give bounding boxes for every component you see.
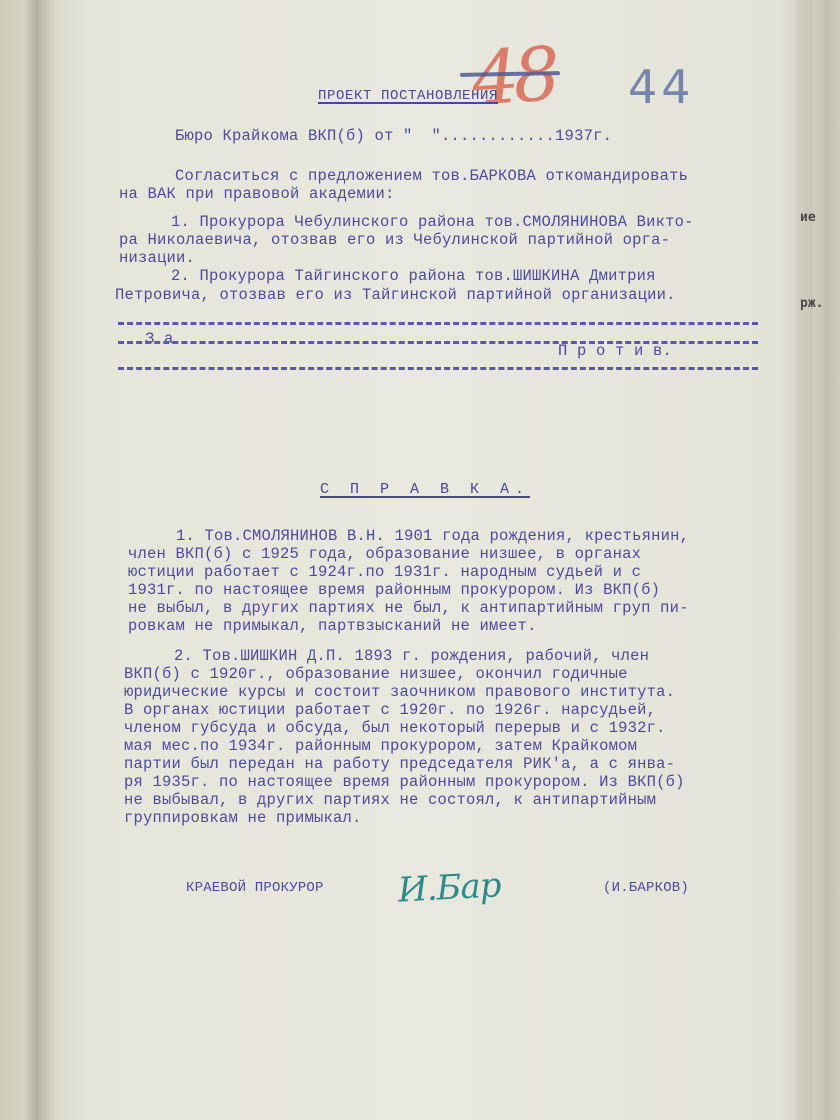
reference-line: 1. Тов.СМОЛЯНИНОВ В.Н. 1901 года рождени… — [176, 528, 689, 545]
stacked-page-edges: ие рж. — [796, 0, 840, 1120]
reference-line: 2. Тов.ШИШКИН Д.П. 1893 г. рождения, раб… — [174, 648, 649, 665]
reference-line: мая мес.по 1934г. районным прокурором, з… — [124, 738, 637, 755]
signoff-name: (И.БАРКОВ) — [603, 880, 689, 897]
reference-line: не выбыл, в других партиях не был, к ант… — [128, 600, 689, 617]
reference-line: не выбывал, в других партиях не состоял,… — [124, 792, 656, 809]
edge-fragment: рж. — [800, 296, 823, 311]
reference-line: членом губсуда и обсуда, был некоторый п… — [124, 720, 666, 737]
reference-line: 1931г. по настоящее время районным проку… — [128, 582, 660, 599]
handwritten-signature: И.Бар — [397, 865, 501, 910]
resolution-item-line: ра Николаевича, отозвав его из Чебулинск… — [119, 232, 670, 249]
resolution-item-line: 1. Прокурора Чебулинского района тов.СМО… — [171, 214, 694, 231]
reference-line: ровкам не примыкал, партвзысканий не име… — [128, 618, 537, 635]
resolution-item-line: Петровича, отозвав его из Тайгинской пар… — [115, 287, 676, 304]
reference-line: группировкам не примыкал. — [124, 810, 362, 827]
signoff-position: КРАЕВОЙ ПРОКУРОР — [186, 880, 324, 897]
vote-for-label: З а — [145, 331, 174, 348]
document-title: ПРОЕКТ ПОСТАНОВЛЕНИЯ — [318, 88, 498, 105]
red-archive-number: 48 — [469, 31, 557, 123]
adjacent-page-left — [0, 0, 40, 1120]
dashed-divider — [118, 322, 758, 325]
bureau-line: Бюро Крайкома ВКП(б) от " "............1… — [175, 128, 612, 145]
resolution-intro-line: на ВАК при правовой академии: — [119, 186, 395, 203]
dashed-divider — [118, 367, 758, 370]
resolution-item-line: 2. Прокурора Тайгинского района тов.ШИШК… — [171, 268, 656, 285]
edge-fragment: ие — [800, 210, 816, 225]
reference-line: ря 1935г. по настоящее время районным пр… — [124, 774, 685, 791]
dashed-divider — [118, 341, 758, 344]
reference-line: В органах юстиции работает с 1920г. по 1… — [124, 702, 656, 719]
reference-line: партии был передан на работу председател… — [124, 756, 675, 773]
pencil-page-number: 44 — [628, 60, 695, 114]
vote-against-label: П р о т и в. — [558, 343, 672, 360]
reference-title: С П Р А В К А. — [320, 481, 530, 498]
reference-line: ВКП(б) с 1920г., образование низшее, око… — [124, 666, 628, 683]
reference-line: член ВКП(б) с 1925 года, образование низ… — [128, 546, 641, 563]
reference-line: юридические курсы и состоит заочником пр… — [124, 684, 675, 701]
reference-line: юстиции работает с 1924г.по 1931г. народ… — [128, 564, 641, 581]
resolution-item-line: низации. — [119, 250, 195, 267]
resolution-intro-line: Согласиться с предложением тов.БАРКОВА о… — [175, 168, 688, 185]
